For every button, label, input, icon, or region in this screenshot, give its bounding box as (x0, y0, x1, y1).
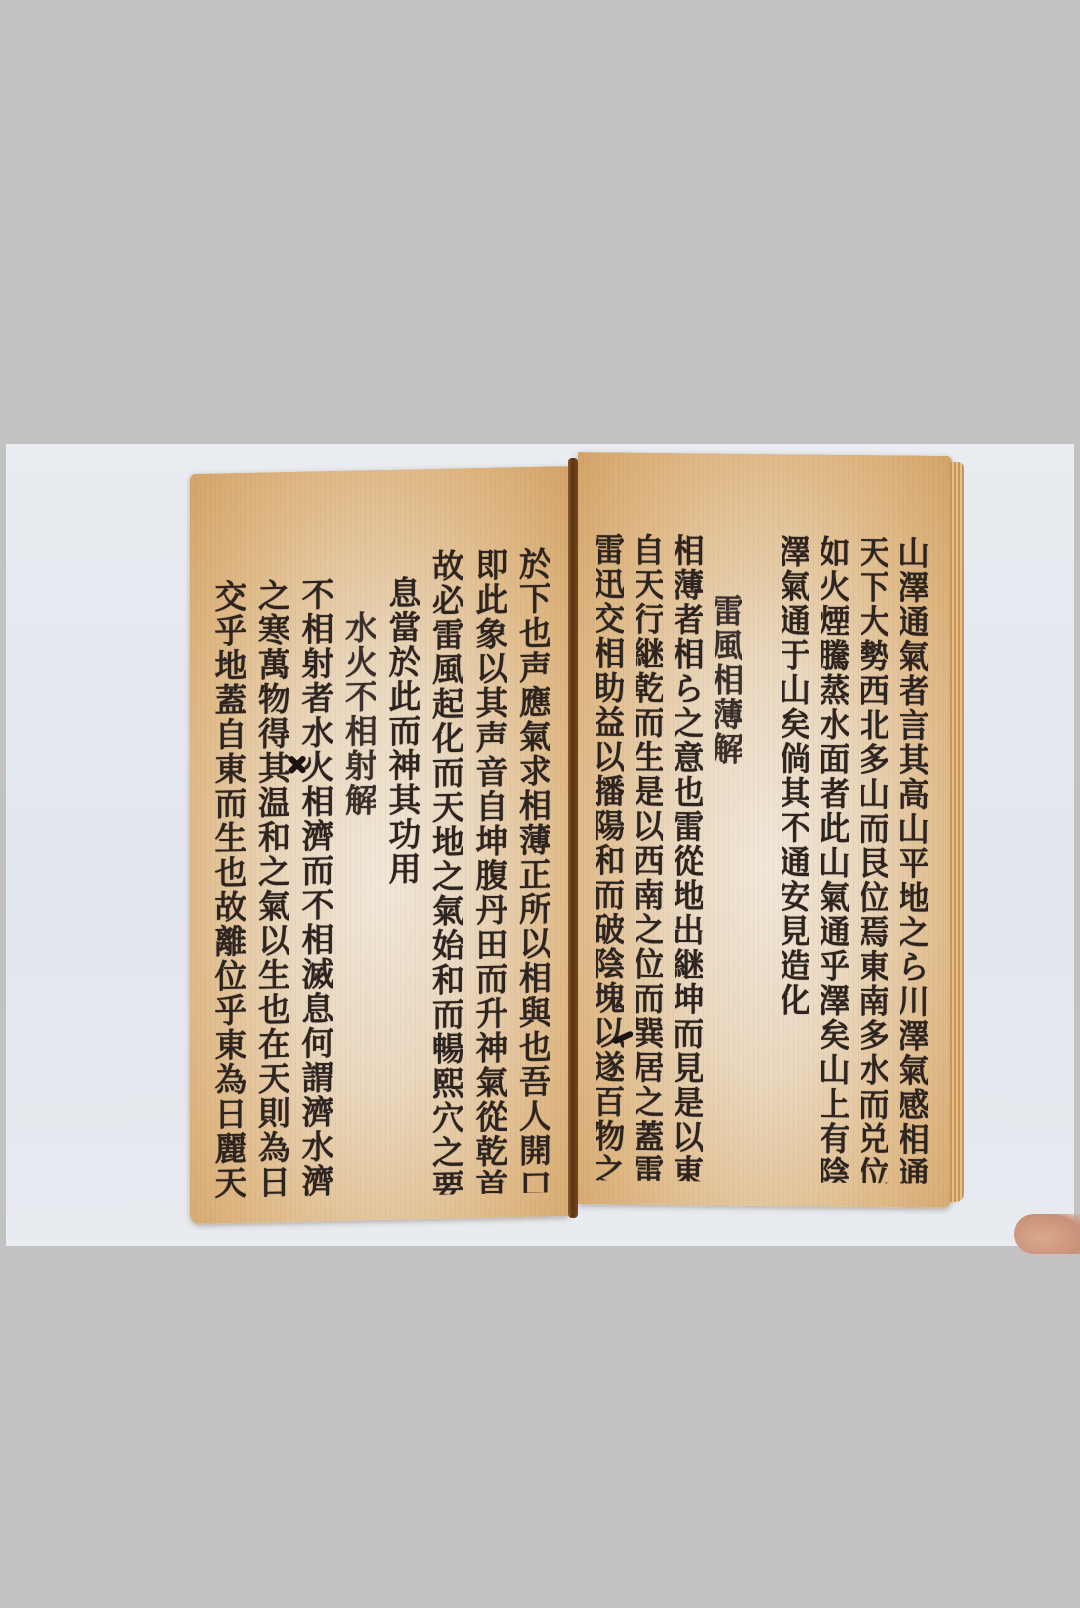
section-heading: 水火不相射解 (345, 550, 377, 1197)
text-column: 於下也声應氣求相薄正所以相與也吾人開口發声而氣ら偕亦 (519, 546, 551, 1193)
text-column: 之寒萬物得其温和之氣以生也在天則為日月日為天氣落西以 (258, 552, 290, 1199)
text-column: 如火煙騰蒸水面者此山氣通乎澤矣山上有陰霧淫雲沾草木者此 (821, 535, 849, 1183)
text-column: 息當於此而神其功用 (388, 549, 420, 1196)
left-page-columns: 於下也声應氣求相薄正所以相與也吾人開口發声而氣ら偕亦 即此象以其声音自坤腹丹田而… (214, 546, 550, 1199)
section-heading: 雷風相薄解 (715, 533, 743, 1181)
right-page: 山澤通氣者言其高山平地之ら川澤氣感相通而生草木百谷也 天下大勢西北多山而艮位焉東… (578, 452, 952, 1208)
text-column: 故必雷風起化而天地之氣始和而暢熙穴之要旨安棺卧玉之消 (432, 548, 464, 1195)
text-column: 澤氣通于山矣倘其不通安見造化 (782, 534, 810, 1182)
text-column: 即此象以其声音自坤腹丹田而升神氣從乾首炉鼎而降也歎 (475, 547, 507, 1194)
text-column: 相薄者相ら之意也雷從地出継坤而見是以東北之位而震居之風 (675, 533, 703, 1181)
page-edges (950, 462, 964, 1202)
fingertip (1014, 1214, 1080, 1254)
open-book: 於下也声應氣求相薄正所以相與也吾人開口發声而氣ら偕亦 即此象以其声音自坤腹丹田而… (184, 444, 976, 1246)
text-column: 不相射者水火相濟而不相滅息何謂濟水濟火之燥火濟水 (301, 551, 333, 1198)
text-column: 自天行継乾而生是以西南之位而巽居之蓋雷動則風隨風烈則 (636, 533, 664, 1181)
book-spine (568, 458, 578, 1218)
photo-backdrop: 於下也声應氣求相薄正所以相與也吾人開口發声而氣ら偕亦 即此象以其声音自坤腹丹田而… (6, 444, 1074, 1246)
text-column: 天下大勢西北多山而艮位焉東南多水而兑位焉澤中有陽和歇 (861, 535, 889, 1183)
text-column: 交乎地蓋自東而生也故離位乎東為日麗天而行列于天之五 (214, 553, 246, 1200)
left-page: 於下也声應氣求相薄正所以相與也吾人開口發声而氣ら偕亦 即此象以其声音自坤腹丹田而… (190, 466, 568, 1224)
blank-column (754, 534, 769, 1182)
text-column: 雷迅交相助益以播陽和而破陰塊以遂百物之機故風於上而雷應 (596, 532, 624, 1180)
right-page-columns: 山澤通氣者言其高山平地之ら川澤氣感相通而生草木百谷也 天下大勢西北多山而艮位焉東… (596, 532, 928, 1183)
text-column: 山澤通氣者言其高山平地之ら川澤氣感相通而生草木百谷也 (900, 535, 928, 1183)
